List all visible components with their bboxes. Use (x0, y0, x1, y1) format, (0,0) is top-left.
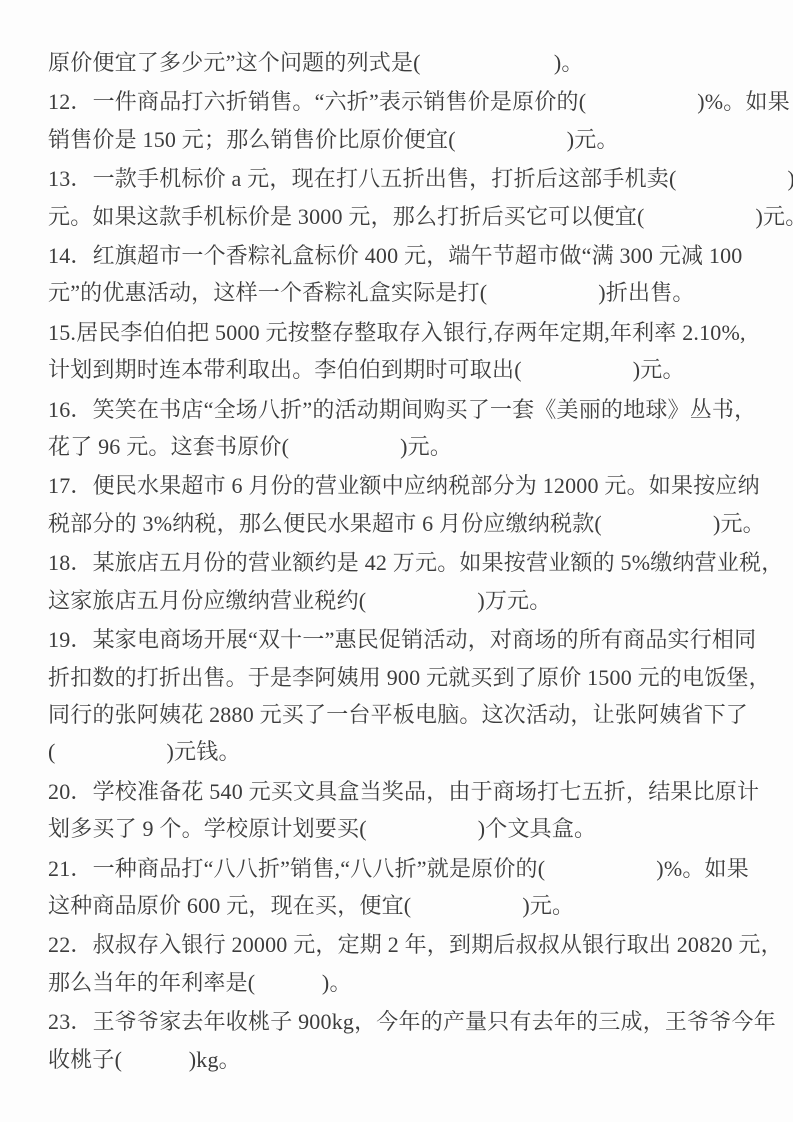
text-line: 同行的张阿姨花 2880 元买了一台平板电脑。这次活动，让张阿姨省下了 (48, 696, 749, 733)
text-line: 21．一种商品打“八八折”销售,“八八折”就是原价的( )%。如果 (48, 850, 749, 887)
question-22: 22．叔叔存入银行 20000 元，定期 2 年，到期后叔叔从银行取出 2082… (48, 926, 749, 1001)
text-line: 这种商品原价 600 元，现在买，便宜( )元。 (48, 887, 749, 924)
question-21: 21．一种商品打“八八折”销售,“八八折”就是原价的( )%。如果 这种商品原价… (48, 850, 749, 925)
question-19: 19．某家电商场开展“双十一”惠民促销活动，对商场的所有商品实行相同 折扣数的打… (48, 621, 749, 771)
text-line: 14．红旗超市一个香粽礼盒标价 400 元，端午节超市做“满 300 元减 10… (48, 237, 749, 274)
text-line: 17．便民水果超市 6 月份的营业额中应纳税部分为 12000 元。如果按应纳 (48, 467, 749, 504)
question-11-tail: 原价便宜了多少元”这个问题的列式是( )。 (48, 44, 749, 81)
text-line: 收桃子( )kg。 (48, 1041, 749, 1078)
question-14: 14．红旗超市一个香粽礼盒标价 400 元，端午节超市做“满 300 元减 10… (48, 237, 749, 312)
text-line: 税部分的 3%纳税，那么便民水果超市 6 月份应缴纳税款( )元。 (48, 505, 749, 542)
question-15: 15.居民李伯伯把 5000 元按整存整取存入银行,存两年定期,年利率 2.10… (48, 314, 749, 389)
text-line: 20．学校准备花 540 元买文具盒当奖品，由于商场打七五折，结果比原计 (48, 773, 749, 810)
text-line: 13．一款手机标价 a 元，现在打八五折出售，打折后这部手机卖( ) (48, 160, 749, 197)
text-line: 19．某家电商场开展“双十一”惠民促销活动，对商场的所有商品实行相同 (48, 621, 749, 658)
text-line: 折扣数的打折出售。于是李阿姨用 900 元就买到了原价 1500 元的电饭堡， (48, 659, 749, 696)
text-line: 销售价是 150 元；那么销售价比原价便宜( )元。 (48, 121, 749, 158)
text-line: 16．笑笑在书店“全场八折”的活动期间购买了一套《美丽的地球》丛书， (48, 391, 749, 428)
worksheet-page: 原价便宜了多少元”这个问题的列式是( )。 12．一件商品打六折销售。“六折”表… (0, 0, 793, 1122)
text-line: 15.居民李伯伯把 5000 元按整存整取存入银行,存两年定期,年利率 2.10… (48, 314, 749, 351)
text-line: 22．叔叔存入银行 20000 元，定期 2 年，到期后叔叔从银行取出 2082… (48, 926, 749, 963)
text-line: 元。如果这款手机标价是 3000 元，那么打折后买它可以便宜( )元。 (48, 198, 749, 235)
question-13: 13．一款手机标价 a 元，现在打八五折出售，打折后这部手机卖( ) 元。如果这… (48, 160, 749, 235)
text-line: 原价便宜了多少元”这个问题的列式是( )。 (48, 44, 749, 81)
question-23: 23．王爷爷家去年收桃子 900kg，今年的产量只有去年的三成，王爷爷今年 收桃… (48, 1003, 749, 1078)
text-line: 这家旅店五月份应缴纳营业税约( )万元。 (48, 582, 749, 619)
question-16: 16．笑笑在书店“全场八折”的活动期间购买了一套《美丽的地球》丛书， 花了 96… (48, 391, 749, 466)
text-line: 12．一件商品打六折销售。“六折”表示销售价是原价的( )%。如果 (48, 83, 749, 120)
text-line: 划多买了 9 个。学校原计划要买( )个文具盒。 (48, 810, 749, 847)
text-line: 23．王爷爷家去年收桃子 900kg，今年的产量只有去年的三成，王爷爷今年 (48, 1003, 749, 1040)
question-17: 17．便民水果超市 6 月份的营业额中应纳税部分为 12000 元。如果按应纳 … (48, 467, 749, 542)
question-20: 20．学校准备花 540 元买文具盒当奖品，由于商场打七五折，结果比原计 划多买… (48, 773, 749, 848)
question-12: 12．一件商品打六折销售。“六折”表示销售价是原价的( )%。如果 销售价是 1… (48, 83, 749, 158)
text-line: 元”的优惠活动，这样一个香粽礼盒实际是打( )折出售。 (48, 274, 749, 311)
question-18: 18．某旅店五月份的营业额约是 42 万元。如果按营业额的 5%缴纳营业税， 这… (48, 544, 749, 619)
text-line: 那么当年的年利率是( )。 (48, 964, 749, 1001)
text-line: 18．某旅店五月份的营业额约是 42 万元。如果按营业额的 5%缴纳营业税， (48, 544, 749, 581)
text-line: ( )元钱。 (48, 733, 749, 770)
text-line: 计划到期时连本带利取出。李伯伯到期时可取出( )元。 (48, 351, 749, 388)
text-line: 花了 96 元。这套书原价( )元。 (48, 428, 749, 465)
